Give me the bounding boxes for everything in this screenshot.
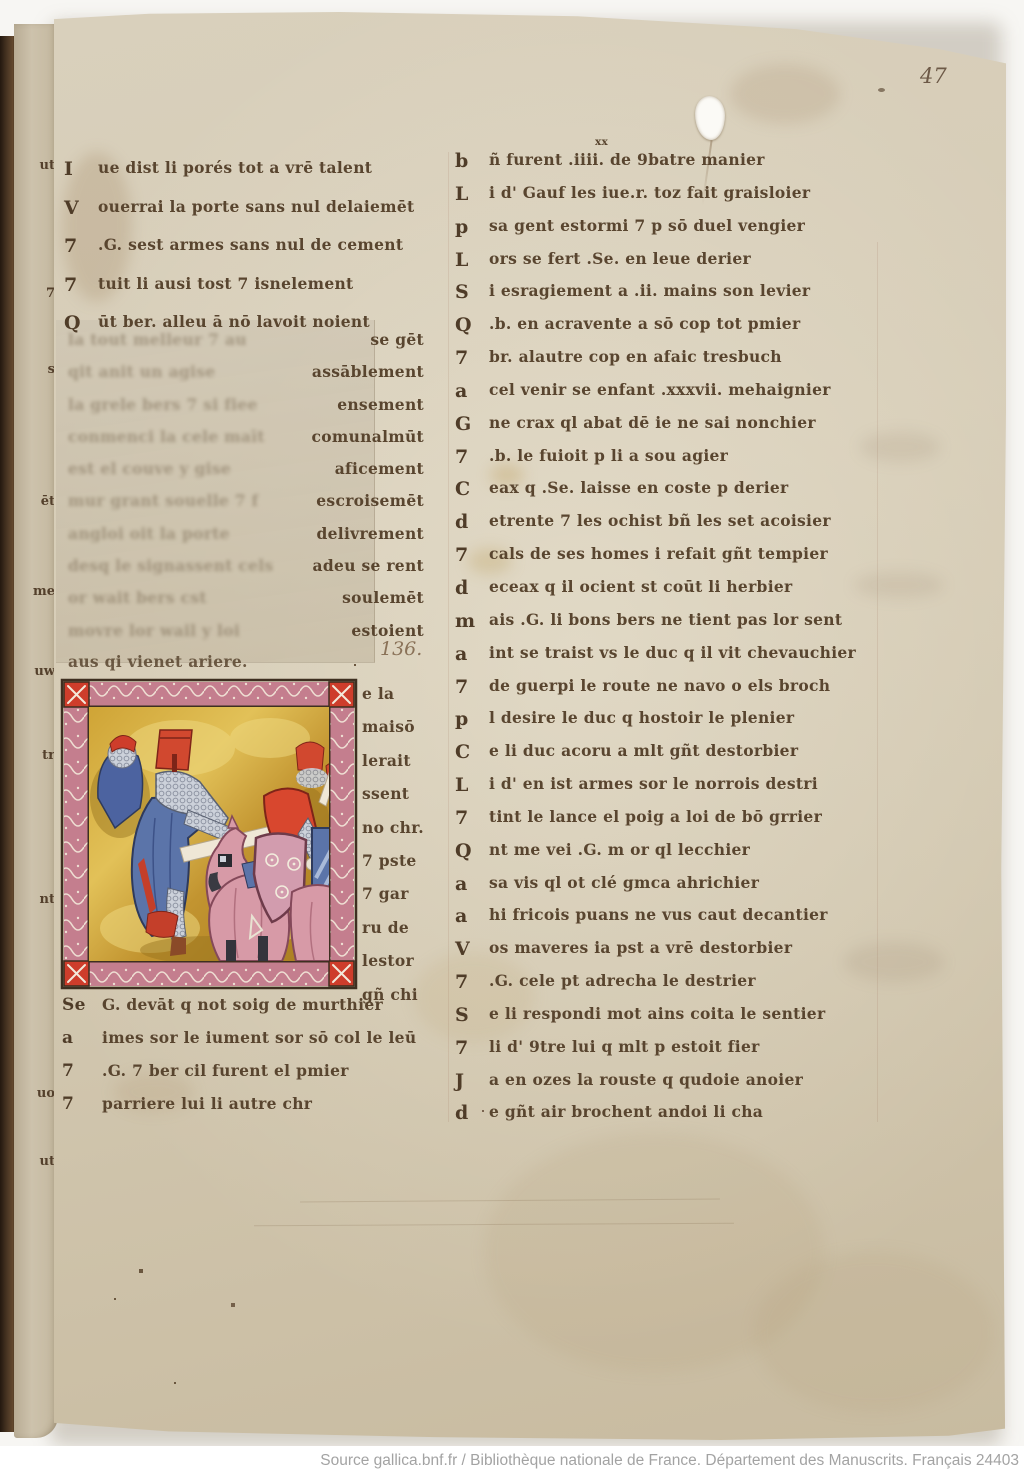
line-initial: a bbox=[455, 643, 489, 665]
line-initial: 7 bbox=[455, 1037, 489, 1059]
manuscript-line: Q nt me vei .G. m or ql lecchier bbox=[455, 840, 935, 873]
line-initial: C bbox=[455, 478, 489, 500]
manuscript-line: a int se traist vs le duc q il vit cheva… bbox=[455, 643, 935, 676]
manuscript-line: L ors se fert .Se. en leue derier bbox=[455, 249, 935, 282]
line-text: de guerpi le route ne navo o els broch bbox=[489, 676, 830, 695]
ink-specks bbox=[54, 12, 56, 14]
obscured-text: est el couve y gise bbox=[68, 459, 231, 478]
wrap-column: e la maisō lerait ssent no chr. 7 pste 7… bbox=[362, 684, 456, 1018]
manuscript-line: L i d' Gauf les iue.r. toz fait graisloi… bbox=[455, 183, 935, 216]
line-text: e gñt air brochent andoi li cha bbox=[489, 1102, 763, 1121]
obscured-text: mur grant souelle 7 f bbox=[68, 491, 258, 510]
manuscript-line: 7 .G. 7 ber cil furent el pmier bbox=[62, 1061, 472, 1094]
gutter-text-fragment: me bbox=[33, 584, 55, 599]
line-ending: aficement bbox=[335, 459, 424, 478]
line-initial: 7 bbox=[64, 274, 98, 296]
line-initial: 7 bbox=[62, 1094, 102, 1114]
line-text: tint le lance el poig a loi de bō grrier bbox=[489, 807, 822, 826]
line-text: int se traist vs le duc q il vit chevauc… bbox=[489, 643, 856, 662]
red-saddle-bag bbox=[146, 911, 178, 937]
line-initial: 7 bbox=[455, 676, 489, 698]
gutter-text-fragment: uo bbox=[37, 1086, 55, 1101]
line-text: imes sor le iument sor sō col le leū bbox=[102, 1028, 416, 1047]
line-text: e li respondi mot ains coita le sentier bbox=[489, 1004, 825, 1023]
left-column-obscured: la tout melleur 7 au se gēt qit anit un … bbox=[68, 330, 424, 653]
manuscript-line: S i esragiement a .ii. mains son levier bbox=[455, 281, 935, 314]
line-ending: adeu se rent bbox=[313, 556, 424, 575]
line-text: nt me vei .G. m or ql lecchier bbox=[489, 840, 750, 859]
line-initial: S bbox=[455, 1004, 489, 1026]
manuscript-line: ru de bbox=[362, 918, 456, 951]
manuscript-line: I ue dist li porés tot a vrē talent bbox=[64, 158, 456, 197]
line-initial: p bbox=[455, 216, 489, 238]
line-text: li d' 9tre lui q mlt p estoit fier bbox=[489, 1037, 760, 1056]
line-text: aus qi vienet ariere. bbox=[68, 652, 248, 671]
line-initial: L bbox=[455, 249, 489, 271]
obscured-text: conmenci la cele maīt bbox=[68, 427, 265, 446]
line-text: no chr. bbox=[362, 818, 424, 837]
obscured-text: or wait bers cst bbox=[68, 588, 207, 607]
line-text: ue dist li porés tot a vrē talent bbox=[98, 158, 372, 177]
manuscript-line: no chr. bbox=[362, 818, 456, 851]
line-initial: V bbox=[455, 938, 489, 960]
parchment-hole bbox=[695, 96, 725, 140]
line-text: lestor bbox=[362, 951, 414, 970]
line-text: ne crax ql abat dē ie ne sai nonchier bbox=[489, 413, 816, 432]
line-text: eax q .Se. laisse en coste p derier bbox=[489, 478, 789, 497]
manuscript-line: C eax q .Se. laisse en coste p derier bbox=[455, 478, 935, 511]
manuscript-line: d e gñt air brochent andoi li cha bbox=[455, 1102, 935, 1135]
line-text: sa gent estormi 7 p sō duel vengier bbox=[489, 216, 805, 235]
obscured-text: movre lor wail y loi bbox=[68, 621, 240, 640]
line-initial: a bbox=[455, 873, 489, 895]
line-text: .b. en acravente a sō cop tot pmier bbox=[489, 314, 800, 333]
line-text: .G. cele pt adrecha le destrier bbox=[489, 971, 756, 990]
line-text: .G. sest armes sans nul de cement bbox=[98, 235, 403, 254]
stain bbox=[730, 64, 840, 124]
manuscript-line: b ñ furent .iiii. de 9batre manier bbox=[455, 150, 935, 183]
line-ending: comunalmūt bbox=[312, 427, 424, 446]
manuscript-line: a cel venir se enfant .xxxvii. mehaignie… bbox=[455, 380, 935, 413]
manuscript-line: lestor bbox=[362, 951, 456, 984]
manuscript-line: d eceax q il ocient st coūt li herbier bbox=[455, 577, 935, 610]
manuscript-line: 7 br. alautre cop en afaic tresbuch bbox=[455, 347, 935, 380]
line-text: br. alautre cop en afaic tresbuch bbox=[489, 347, 782, 366]
manuscript-line: V ouerrai la porte sans nul delaiemēt bbox=[64, 197, 456, 236]
manuscript-line: p l desire le duc q hostoir le plenier bbox=[455, 708, 935, 741]
manuscript-line: m ais .G. li bons bers ne tient pas lor … bbox=[455, 610, 935, 643]
line-text: parriere lui li autre chr bbox=[102, 1094, 312, 1113]
line-initial: 7 bbox=[455, 807, 489, 829]
manuscript-line: la grele bers 7 si fiee ensement bbox=[68, 395, 424, 427]
line-text: eceax q il ocient st coūt li herbier bbox=[489, 577, 793, 596]
obscured-text: qit anit un agise bbox=[68, 362, 215, 381]
line-initial: V bbox=[64, 197, 98, 219]
line-text: ru de bbox=[362, 918, 409, 937]
line-text: ssent bbox=[362, 784, 409, 803]
manuscript-line: a sa vis ql ot clé gmca ahrichier bbox=[455, 873, 935, 906]
manuscript-line: a imes sor le iument sor sō col le leū bbox=[62, 1028, 472, 1061]
line-initial: 7 bbox=[455, 544, 489, 566]
manuscript-scan: ut7sētmeuwtrntuout 47 I ue dist li porés… bbox=[0, 0, 1024, 1476]
line-initial: d bbox=[455, 511, 489, 533]
manuscript-line: conmenci la cele maīt comunalmūt bbox=[68, 427, 424, 459]
line-text: i esragiement a .ii. mains son levier bbox=[489, 281, 810, 300]
line-text: l desire le duc q hostoir le plenier bbox=[489, 708, 794, 727]
manuscript-line: 7 tint le lance el poig a loi de bō grri… bbox=[455, 807, 935, 840]
line-initial: 7 bbox=[455, 347, 489, 369]
line-text: e li duc acoru a mlt gñt destorbier bbox=[489, 741, 798, 760]
line-text: sa vis ql ot clé gmca ahrichier bbox=[489, 873, 759, 892]
superscript-numeral: xx bbox=[595, 136, 608, 148]
line-text: i d' en ist armes sor le norrois destri bbox=[489, 774, 818, 793]
manuscript-line: 7 gar bbox=[362, 884, 456, 917]
line-text: G. devāt q not soig de murthier bbox=[102, 995, 383, 1014]
gutter-text-fragment: ēt bbox=[41, 494, 55, 509]
manuscript-line: V os maveres ia pst a vrē destorbier bbox=[455, 938, 935, 971]
line-text: .G. 7 ber cil furent el pmier bbox=[102, 1061, 349, 1080]
manuscript-line: 7 .G. cele pt adrecha le destrier bbox=[455, 971, 935, 1004]
line-initial: b bbox=[455, 150, 489, 172]
partially-covered-line: aus qi vienet ariere. bbox=[68, 652, 248, 671]
manuscript-line: 7 pste bbox=[362, 851, 456, 884]
manuscript-line: 7 .G. sest armes sans nul de cement bbox=[64, 235, 456, 274]
line-initial: a bbox=[455, 380, 489, 402]
line-ending: soulemēt bbox=[342, 588, 424, 607]
gutter-text-fragment: uw bbox=[34, 664, 55, 679]
manuscript-line: S e li respondi mot ains coita le sentie… bbox=[455, 1004, 935, 1037]
stain bbox=[754, 1252, 994, 1412]
line-text: hi fricois puans ne vus caut decantier bbox=[489, 905, 828, 924]
manuscript-line: or wait bers cst soulemēt bbox=[68, 588, 424, 620]
line-initial: d bbox=[455, 1102, 489, 1124]
gutter-text-fragment: ut bbox=[40, 1154, 55, 1169]
manuscript-line: est el couve y gise aficement bbox=[68, 459, 424, 491]
line-text: ouerrai la porte sans nul delaiemēt bbox=[98, 197, 415, 216]
gutter-text-fragment: s bbox=[48, 362, 55, 377]
miniature-knights-battle bbox=[60, 678, 358, 990]
line-text: ūt ber. alleu ā nō lavoit noient bbox=[98, 312, 370, 331]
gutter-text-fragment: nt bbox=[40, 892, 55, 907]
line-text: cel venir se enfant .xxxvii. mehaignier bbox=[489, 380, 831, 399]
manuscript-line: 7 de guerpi le route ne navo o els broch bbox=[455, 676, 935, 709]
red-helm bbox=[296, 742, 324, 770]
manuscript-line: 7 .b. le fuioit p li a sou agier bbox=[455, 446, 935, 479]
ink-mark bbox=[878, 88, 885, 92]
caption-text: Source gallica.bnf.fr / Bibliothèque nat… bbox=[320, 1452, 1019, 1469]
line-initial: L bbox=[455, 183, 489, 205]
manuscript-line: 7 tuit li ausi tost 7 isnelement bbox=[64, 274, 456, 313]
line-text: lerait bbox=[362, 751, 411, 770]
line-text: ñ furent .iiii. de 9batre manier bbox=[489, 150, 765, 169]
obscured-text: angloi oit la porte bbox=[68, 524, 230, 543]
line-ending: escroisemēt bbox=[316, 491, 424, 510]
line-initial: J bbox=[455, 1070, 489, 1092]
line-initial: p bbox=[455, 708, 489, 730]
manuscript-line: Q .b. en acravente a sō cop tot pmier bbox=[455, 314, 935, 347]
line-text: e la bbox=[362, 684, 394, 703]
manuscript-line: la tout melleur 7 au se gēt bbox=[68, 330, 424, 362]
line-ending: estoient bbox=[351, 621, 424, 640]
manuscript-line: qit anit un agise assāblement bbox=[68, 362, 424, 394]
manuscript-line: 7 li d' 9tre lui q mlt p estoit fier bbox=[455, 1037, 935, 1070]
line-initial: Se bbox=[62, 995, 102, 1015]
manuscript-line: p sa gent estormi 7 p sō duel vengier bbox=[455, 216, 935, 249]
left-column-top: I ue dist li porés tot a vrē talent V ou… bbox=[64, 158, 456, 351]
obscured-text: desq le signassent cels bbox=[68, 556, 274, 575]
manuscript-line: L i d' en ist armes sor le norrois destr… bbox=[455, 774, 935, 807]
line-initial: a bbox=[62, 1028, 102, 1048]
line-initial: G bbox=[455, 413, 489, 435]
parchment-page: 47 I ue dist li porés tot a vrē talent V… bbox=[54, 12, 1006, 1440]
line-text: 7 gar bbox=[362, 884, 409, 903]
line-text: ors se fert .Se. en leue derier bbox=[489, 249, 751, 268]
caption-bar: Source gallica.bnf.fr / Bibliothèque nat… bbox=[0, 1446, 1024, 1476]
manuscript-line: angloi oit la porte delivrement bbox=[68, 524, 424, 556]
line-text: a en ozes la rouste q qudoie anoier bbox=[489, 1070, 803, 1089]
line-text: tuit li ausi tost 7 isnelement bbox=[98, 274, 354, 293]
left-column-bottom: Se G. devāt q not soig de murthier a ime… bbox=[62, 995, 472, 1127]
manuscript-line: a hi fricois puans ne vus caut decantier bbox=[455, 905, 935, 938]
gutter-text-fragment: tr bbox=[42, 748, 55, 763]
marginal-number: 136. bbox=[380, 638, 422, 660]
manuscript-line: Se G. devāt q not soig de murthier bbox=[62, 995, 472, 1028]
line-ending: ensement bbox=[337, 395, 424, 414]
manuscript-line: e la bbox=[362, 684, 456, 717]
line-text: os maveres ia pst a vrē destorbier bbox=[489, 938, 792, 957]
line-initial: C bbox=[455, 741, 489, 763]
line-text: i d' Gauf les iue.r. toz fait graisloier bbox=[489, 183, 810, 202]
line-ending: assāblement bbox=[312, 362, 424, 381]
line-text: .b. le fuioit p li a sou agier bbox=[489, 446, 728, 465]
line-initial: I bbox=[64, 158, 98, 180]
manuscript-line: 7 parriere lui li autre chr bbox=[62, 1094, 472, 1127]
line-ending: delivrement bbox=[316, 524, 424, 543]
manuscript-line: mur grant souelle 7 f escroisemēt bbox=[68, 491, 424, 523]
manuscript-line: movre lor wail y loi estoient bbox=[68, 621, 424, 653]
obscured-text: la grele bers 7 si fiee bbox=[68, 395, 258, 414]
manuscript-line: ssent bbox=[362, 784, 456, 817]
line-initial: m bbox=[455, 610, 489, 632]
line-ending: se gēt bbox=[370, 330, 424, 349]
line-initial: a bbox=[455, 905, 489, 927]
folio-number: 47 bbox=[920, 64, 947, 88]
manuscript-line: C e li duc acoru a mlt gñt destorbier bbox=[455, 741, 935, 774]
manuscript-line: desq le signassent cels adeu se rent bbox=[68, 556, 424, 588]
line-initial: 7 bbox=[455, 971, 489, 993]
miniature-artwork bbox=[60, 678, 358, 990]
line-text: cals de ses homes i refait gñt tempier bbox=[489, 544, 828, 563]
line-initial: 7 bbox=[64, 235, 98, 257]
line-initial: 7 bbox=[62, 1061, 102, 1081]
gutter-text-fragment: 7 bbox=[46, 286, 55, 301]
gutter-text-fragment: ut bbox=[40, 158, 55, 173]
line-text: maisō bbox=[362, 717, 415, 736]
line-initial: 7 bbox=[455, 446, 489, 468]
line-initial: d bbox=[455, 577, 489, 599]
manuscript-line: d etrente 7 les ochist bñ les set acoisi… bbox=[455, 511, 935, 544]
line-initial: S bbox=[455, 281, 489, 303]
manuscript-line: 7 cals de ses homes i refait gñt tempier bbox=[455, 544, 935, 577]
right-column: b ñ furent .iiii. de 9batre manier L i d… bbox=[455, 150, 935, 1135]
manuscript-line: lerait bbox=[362, 751, 456, 784]
facing-page-edge: ut7sētmeuwtrntuout bbox=[14, 24, 58, 1438]
line-text: etrente 7 les ochist bñ les set acoisier bbox=[489, 511, 831, 530]
obscured-text: la tout melleur 7 au bbox=[68, 330, 247, 349]
line-initial: L bbox=[455, 774, 489, 796]
manuscript-line: maisō bbox=[362, 717, 456, 750]
line-text: ais .G. li bons bers ne tient pas lor se… bbox=[489, 610, 842, 629]
line-text: 7 pste bbox=[362, 851, 417, 870]
manuscript-line: J a en ozes la rouste q qudoie anoier bbox=[455, 1070, 935, 1103]
line-initial: Q bbox=[455, 314, 489, 336]
line-initial: Q bbox=[455, 840, 489, 862]
manuscript-line: G ne crax ql abat dē ie ne sai nonchier bbox=[455, 413, 935, 446]
